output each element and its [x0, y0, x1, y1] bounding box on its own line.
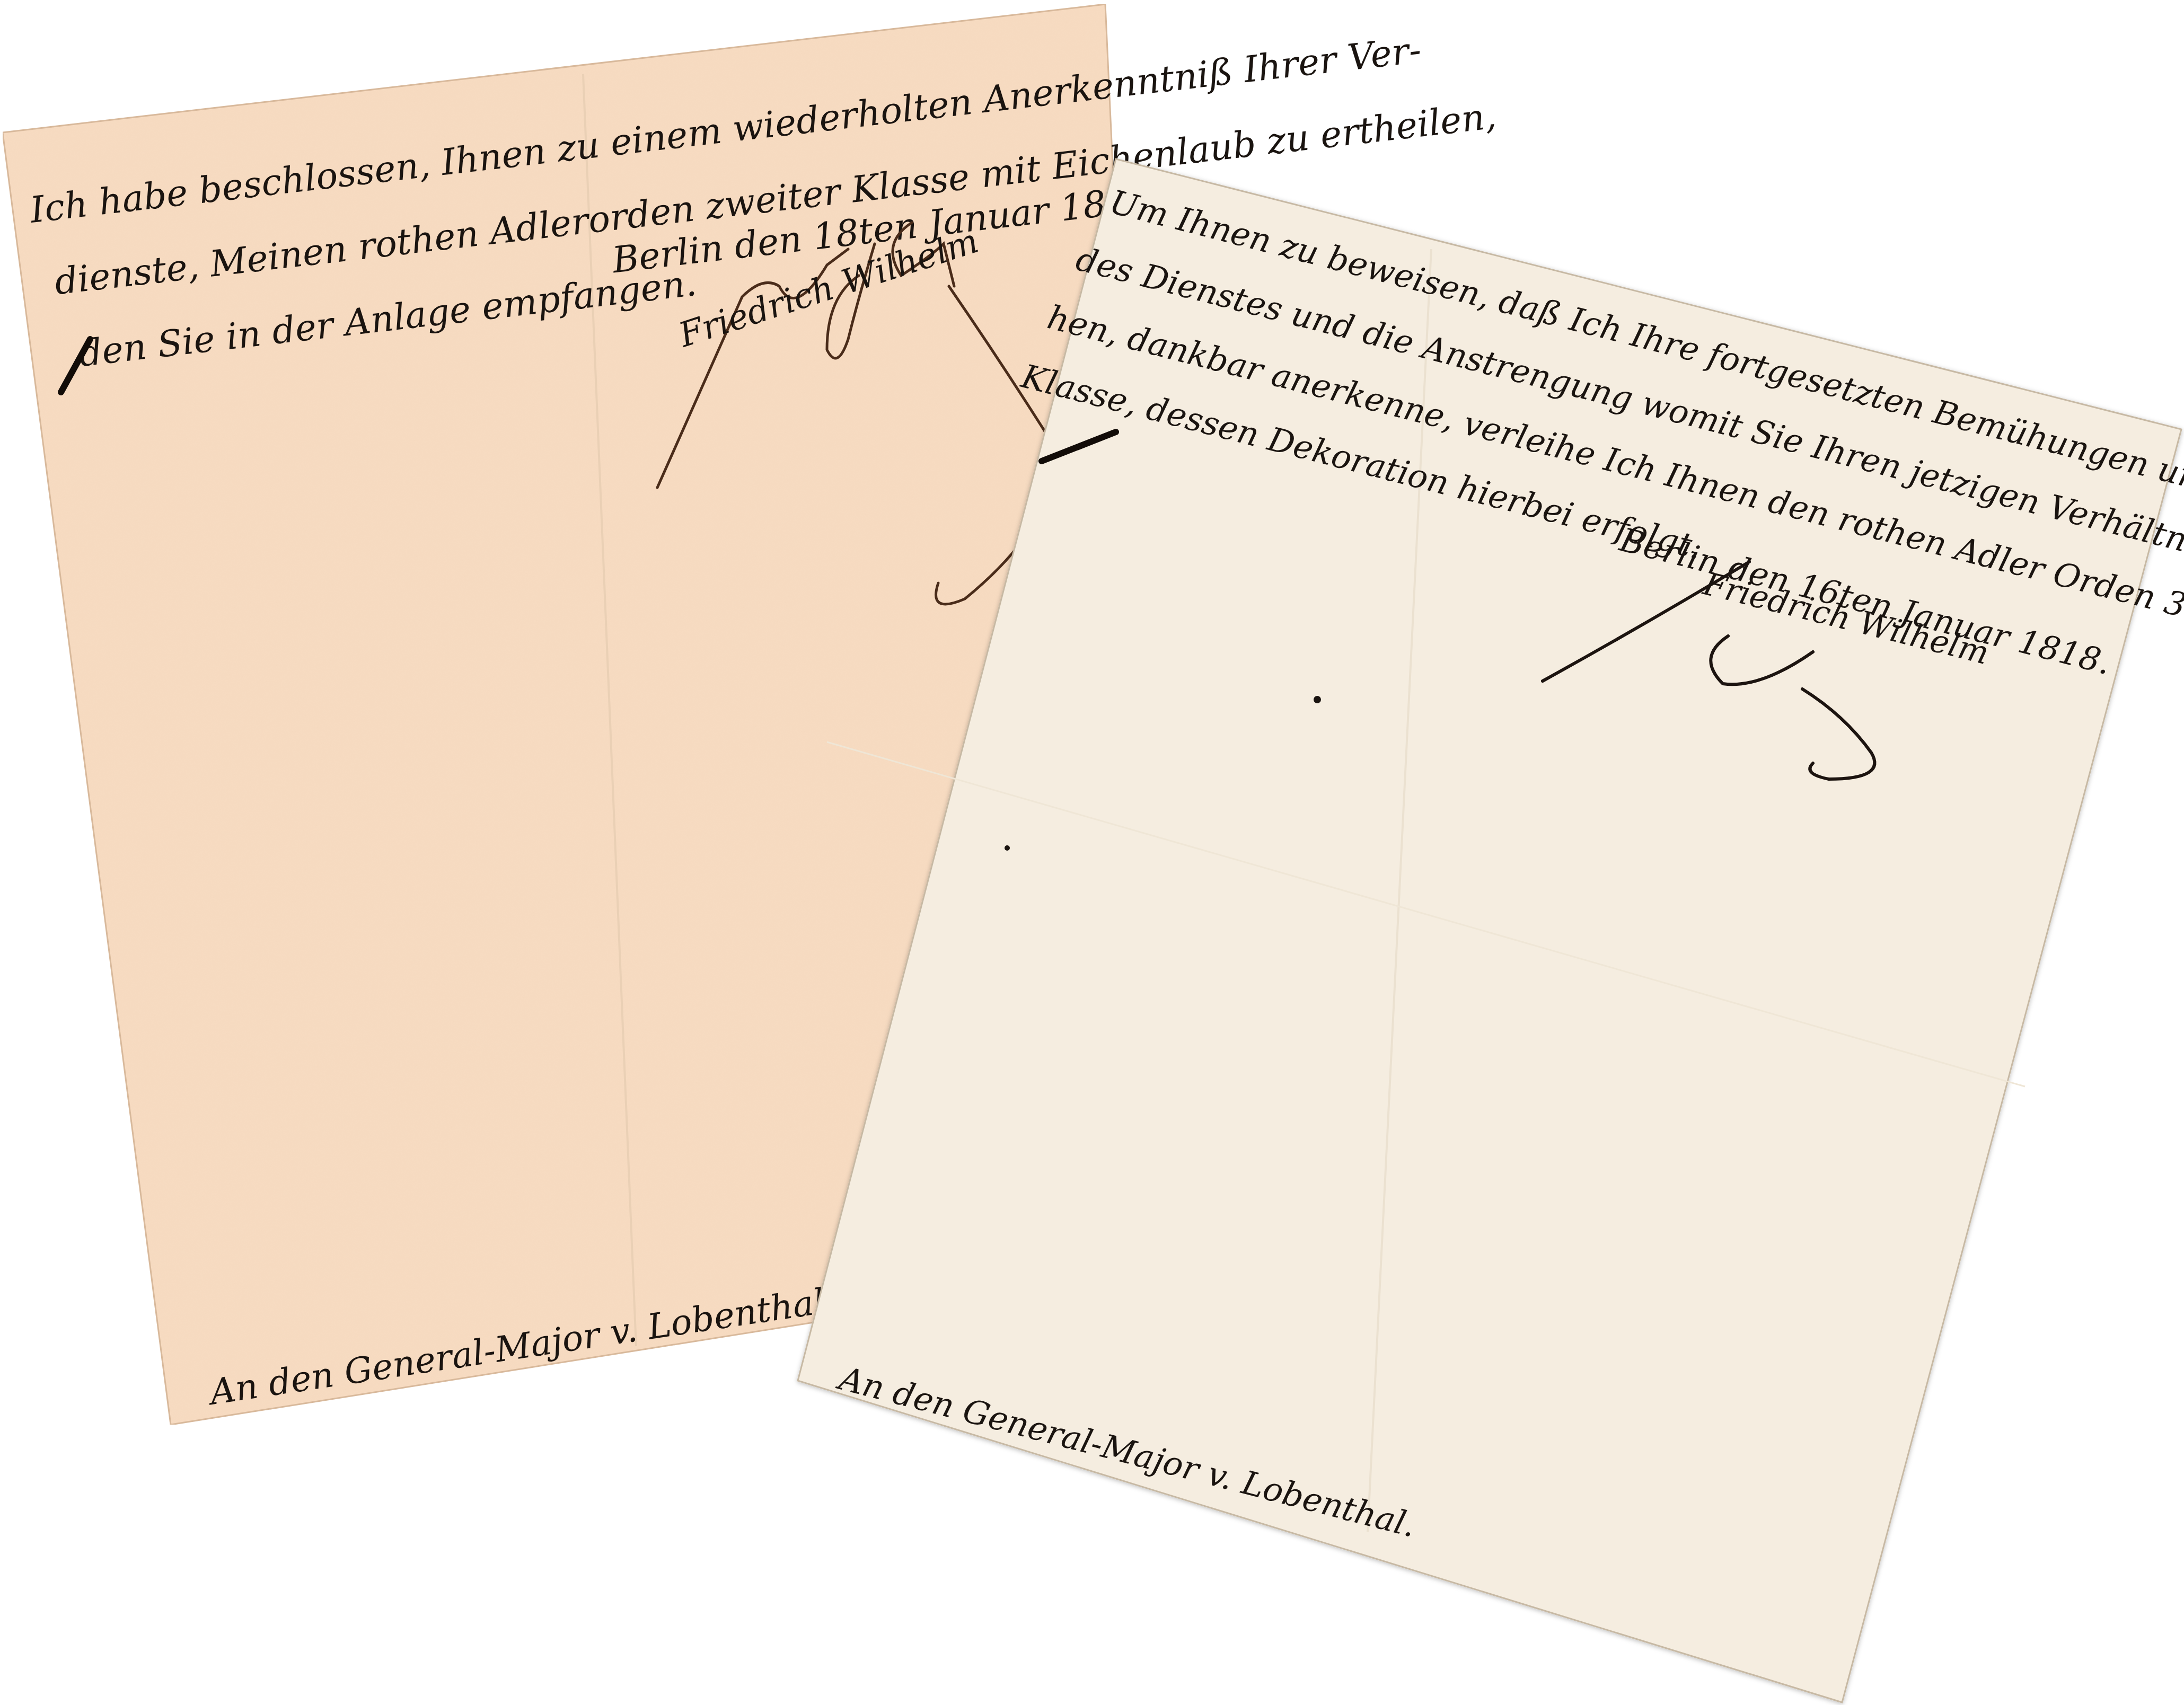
document-photo: Ich habe beschlossen, Ihnen zu einem wie… — [0, 0, 2184, 1705]
ink-spot — [1314, 696, 1321, 703]
ink-spot — [1005, 845, 1010, 851]
letters-canvas: Ich habe beschlossen, Ihnen zu einem wie… — [0, 0, 2184, 1705]
